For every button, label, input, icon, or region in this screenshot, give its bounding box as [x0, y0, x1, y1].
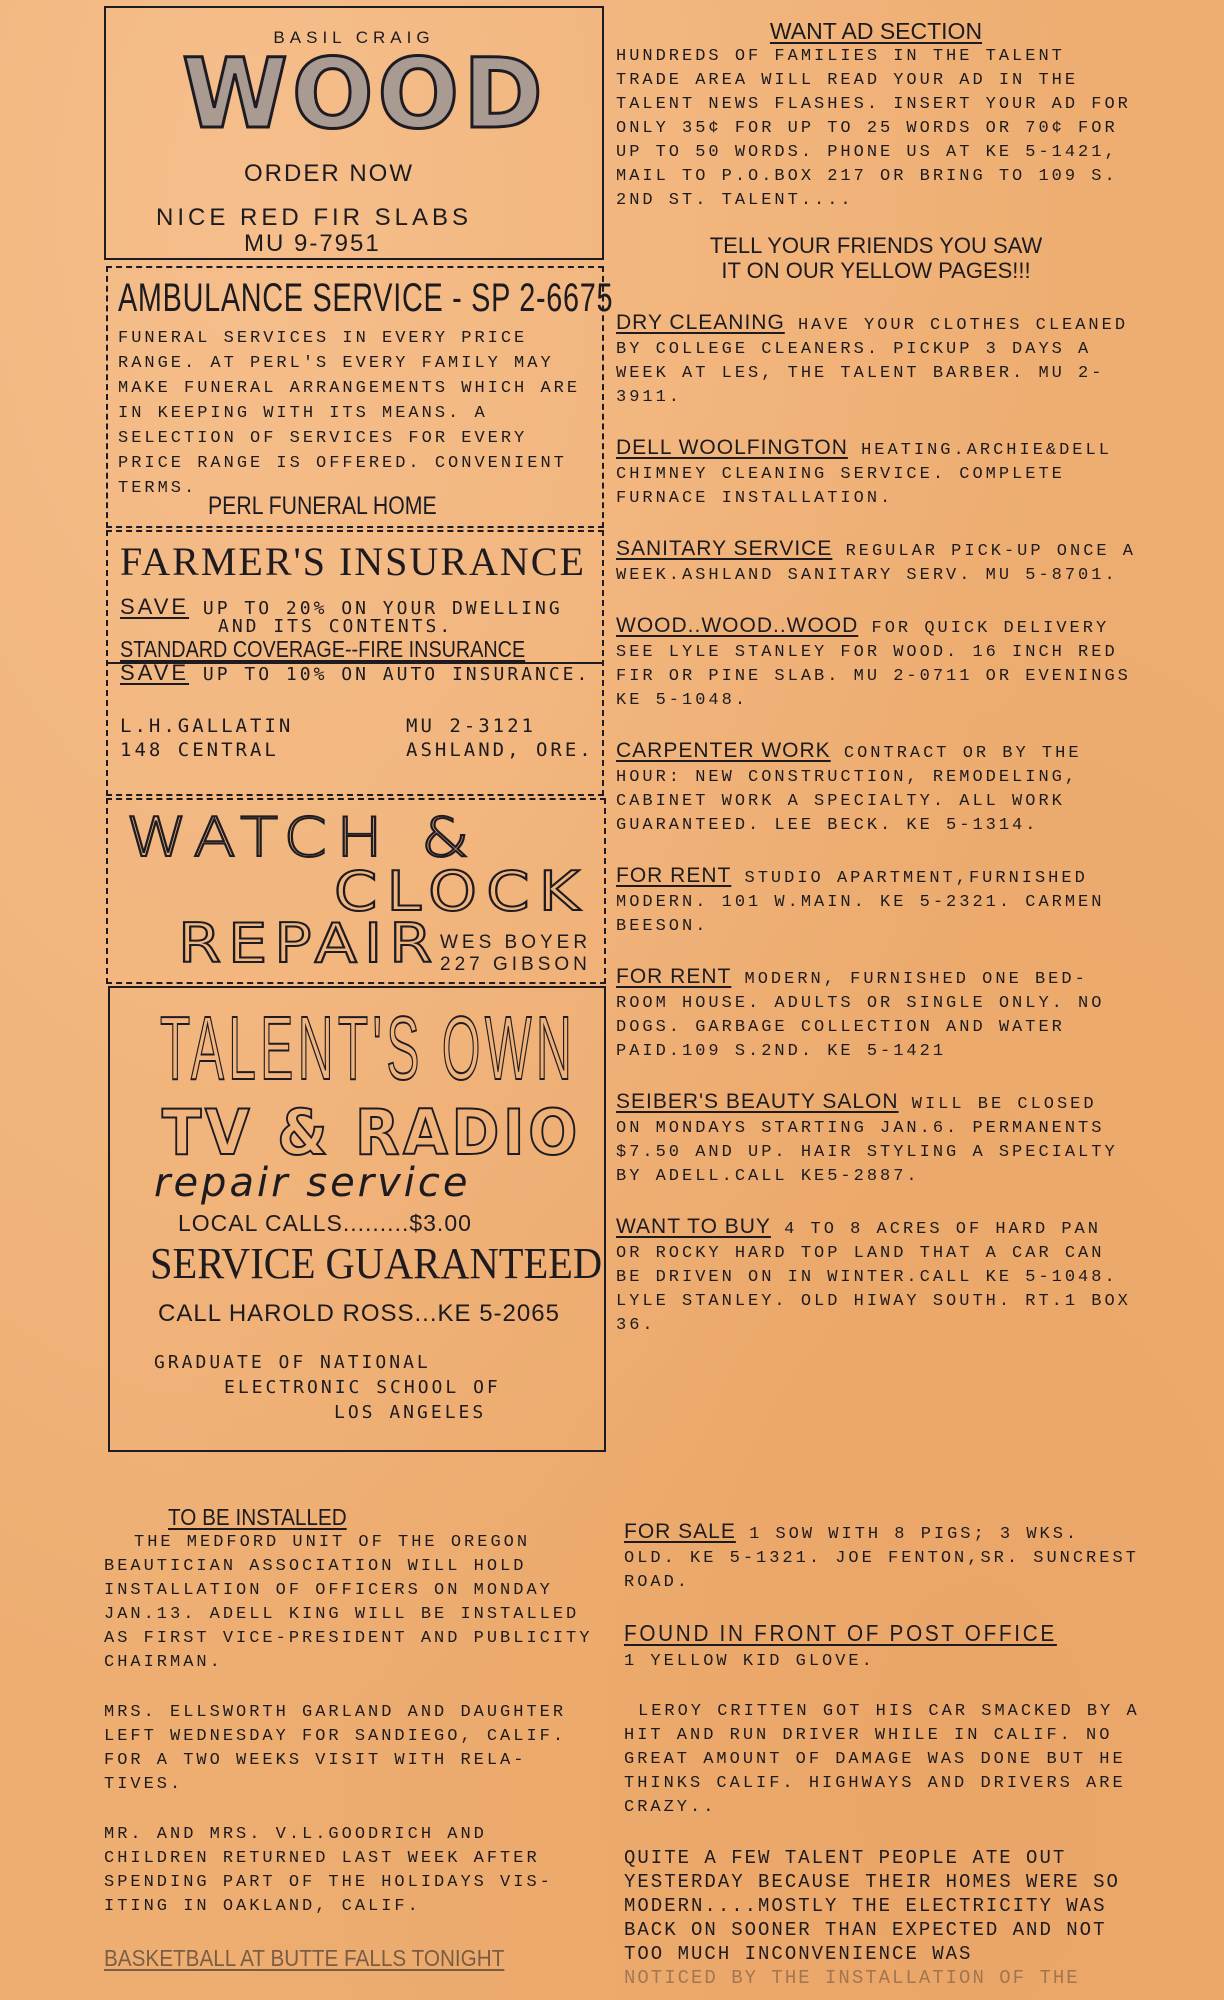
- classified-ad: DRY CLEANING HAVE YOUR CLOTHES CLEANED B…: [616, 311, 1136, 410]
- want-ad-section: WANT AD SECTION HUNDREDS OF FAMILIES IN …: [616, 18, 1136, 1364]
- ambulance-headline: AMBULANCE SERVICE - SP 2-6675: [118, 276, 613, 321]
- save-key: SAVE: [120, 594, 189, 619]
- want-ad-title-wrap: WANT AD SECTION: [616, 18, 1136, 45]
- classified-key: DELL WOOLFINGTON: [616, 436, 848, 459]
- wood-cta: ORDER NOW: [244, 160, 414, 188]
- insurance-ad: FARMER'S INSURANCE SAVE UP TO 20% ON YOU…: [106, 530, 604, 796]
- watch-repair-ad: WATCH & CLOCK REPAIR WES BOYER227 GIBSON: [106, 798, 606, 984]
- credential-line: LOS ANGELES: [154, 1400, 501, 1425]
- classified-ad: FOR RENT MODERN, FURNISHED ONE BED-ROOM …: [616, 965, 1136, 1064]
- classified-key: FOR RENT: [616, 864, 731, 887]
- watch-owner-block: WES BOYER227 GIBSON: [440, 932, 591, 976]
- wood-phone: MU 9-7951: [244, 230, 381, 258]
- classified-ad: WOOD..WOOD..WOOD FOR QUICK DELIVERY SEE …: [616, 614, 1136, 713]
- wood-headline: WOOD: [182, 44, 547, 144]
- ambulance-body: FUNERAL SERVICES IN EVERY PRICE RANGE. A…: [118, 326, 596, 501]
- tv-contact: CALL HAROLD ROSS...KE 5-2065: [158, 1300, 560, 1328]
- found-text: 1 YELLOW KID GLOVE.: [624, 1650, 1144, 1674]
- insurance-line-2: AND ITS CONTENTS.: [218, 616, 453, 637]
- tv-credentials: GRADUATE OF NATIONAL ELECTRONIC SCHOOL O…: [154, 1350, 501, 1425]
- classified-list: DRY CLEANING HAVE YOUR CLOTHES CLEANED B…: [616, 311, 1136, 1338]
- insurance-line-3: STANDARD COVERAGE--FIRE INSURANCE: [120, 636, 525, 663]
- tv-radio-ad: TALENT'S OWN TV & RADIO repair service L…: [108, 986, 606, 1452]
- found-title: FOUND IN FRONT OF POST OFFICE: [624, 1621, 1057, 1645]
- installed-title: TO BE INSTALLED: [168, 1504, 347, 1531]
- classified-ad: CARPENTER WORK CONTRACT OR BY THE HOUR: …: [616, 739, 1136, 838]
- insurance-line-4-text: UP TO 10% ON AUTO INSURANCE.: [203, 664, 590, 685]
- want-ad-title: WANT AD SECTION: [770, 18, 982, 45]
- classified-key: SANITARY SERVICE: [616, 537, 832, 560]
- watch-address: 227 GIBSON: [440, 954, 591, 976]
- tagline: TELL YOUR FRIENDS YOU SAW IT ON OUR YELL…: [616, 233, 1136, 283]
- classified-ad: SANITARY SERVICE REGULAR PICK-UP ONCE A …: [616, 537, 1136, 588]
- credential-line: ELECTRONIC SCHOOL OF: [154, 1375, 501, 1400]
- classified-key: FOR RENT: [616, 965, 731, 988]
- ate-out-text: QUITE A FEW TALENT PEOPLE ATE OUT YESTER…: [624, 1846, 1144, 1966]
- insurance-headline: FARMER'S INSURANCE: [120, 538, 586, 585]
- classified-key: DRY CLEANING: [616, 311, 785, 334]
- for-sale-ad: FOR SALE 1 SOW WITH 8 PIGS; 3 WKS. OLD. …: [624, 1520, 1144, 1595]
- tagline-line-1: TELL YOUR FRIENDS YOU SAW: [616, 233, 1136, 258]
- installed-text: THE MEDFORD UNIT OF THE OREGON BEAUTICIA…: [104, 1531, 604, 1675]
- ambulance-signature: PERL FUNERAL HOME: [208, 492, 437, 521]
- for-sale-key: FOR SALE: [624, 1520, 736, 1543]
- agent-name: L.H.GALLATIN: [120, 714, 293, 738]
- news-ate-out: QUITE A FEW TALENT PEOPLE ATE OUT YESTER…: [624, 1846, 1144, 1990]
- news-column-right: FOR SALE 1 SOW WITH 8 PIGS; 3 WKS. OLD. …: [624, 1520, 1144, 1990]
- news-goodrich: MR. AND MRS. V.L.GOODRICH AND CHILDREN R…: [104, 1823, 604, 1919]
- basketball-wrap: BASKETBALL AT BUTTE FALLS TONIGHT: [104, 1945, 604, 1972]
- credential-line: GRADUATE OF NATIONAL: [154, 1350, 501, 1375]
- agent-phone: MU 2-3121: [406, 714, 594, 738]
- found-notice: FOUND IN FRONT OF POST OFFICE 1 YELLOW K…: [624, 1621, 1144, 1674]
- wood-ad: BASIL CRAIG WOOD ORDER NOW NICE RED FIR …: [104, 6, 604, 260]
- news-garland: MRS. ELLSWORTH GARLAND AND DAUGHTER LEFT…: [104, 1701, 604, 1797]
- tv-line-3: repair service: [154, 1160, 471, 1206]
- ambulance-ad: AMBULANCE SERVICE - SP 2-6675 FUNERAL SE…: [106, 266, 604, 528]
- installed-title-wrap: TO BE INSTALLED: [104, 1504, 604, 1531]
- classified-key: WOOD..WOOD..WOOD: [616, 614, 858, 637]
- tv-price: LOCAL CALLS.........$3.00: [178, 1210, 472, 1237]
- want-ad-intro: HUNDREDS OF FAMILIES IN THE TALENT TRADE…: [616, 45, 1136, 213]
- agent-block: L.H.GALLATIN148 CENTRAL: [120, 714, 293, 762]
- classified-ad: SEIBER'S BEAUTY SALON WILL BE CLOSED ON …: [616, 1090, 1136, 1189]
- agent-contact: MU 2-3121ASHLAND, ORE.: [406, 714, 594, 762]
- ate-out-faded-text: NOTICED BY THE INSTALLATION OF THE: [624, 1966, 1144, 1990]
- basketball-notice: BASKETBALL AT BUTTE FALLS TONIGHT: [104, 1945, 504, 1972]
- classified-ad: WANT TO BUY 4 TO 8 ACRES OF HARD PAN OR …: [616, 1215, 1136, 1338]
- watch-owner: WES BOYER: [440, 932, 591, 954]
- news-column-left: TO BE INSTALLED THE MEDFORD UNIT OF THE …: [104, 1504, 604, 1972]
- agent-city: ASHLAND, ORE.: [406, 738, 594, 762]
- classified-ad: DELL WOOLFINGTON HEATING.ARCHIE&DELL CHI…: [616, 436, 1136, 511]
- tv-line-1: TALENT'S OWN: [160, 998, 576, 1101]
- watch-line-3: REPAIR: [178, 912, 439, 975]
- wood-product: NICE RED FIR SLABS: [156, 204, 472, 232]
- news-critten: LEROY CRITTEN GOT HIS CAR SMACKED BY A H…: [624, 1700, 1144, 1820]
- save-key: SAVE: [120, 660, 189, 685]
- classified-key: SEIBER'S BEAUTY SALON: [616, 1090, 899, 1113]
- tv-guarantee: SERVICE GUARANTEED: [150, 1238, 602, 1289]
- classified-key: WANT TO BUY: [616, 1215, 771, 1238]
- tagline-line-2: IT ON OUR YELLOW PAGES!!!: [616, 258, 1136, 283]
- insurance-line-4: SAVE UP TO 10% ON AUTO INSURANCE.: [120, 660, 590, 686]
- tv-line-2: TV & RADIO: [162, 1096, 581, 1169]
- classified-key: CARPENTER WORK: [616, 739, 831, 762]
- agent-address: 148 CENTRAL: [120, 738, 293, 762]
- classified-ad: FOR RENT STUDIO APARTMENT,FURNISHED MODE…: [616, 864, 1136, 939]
